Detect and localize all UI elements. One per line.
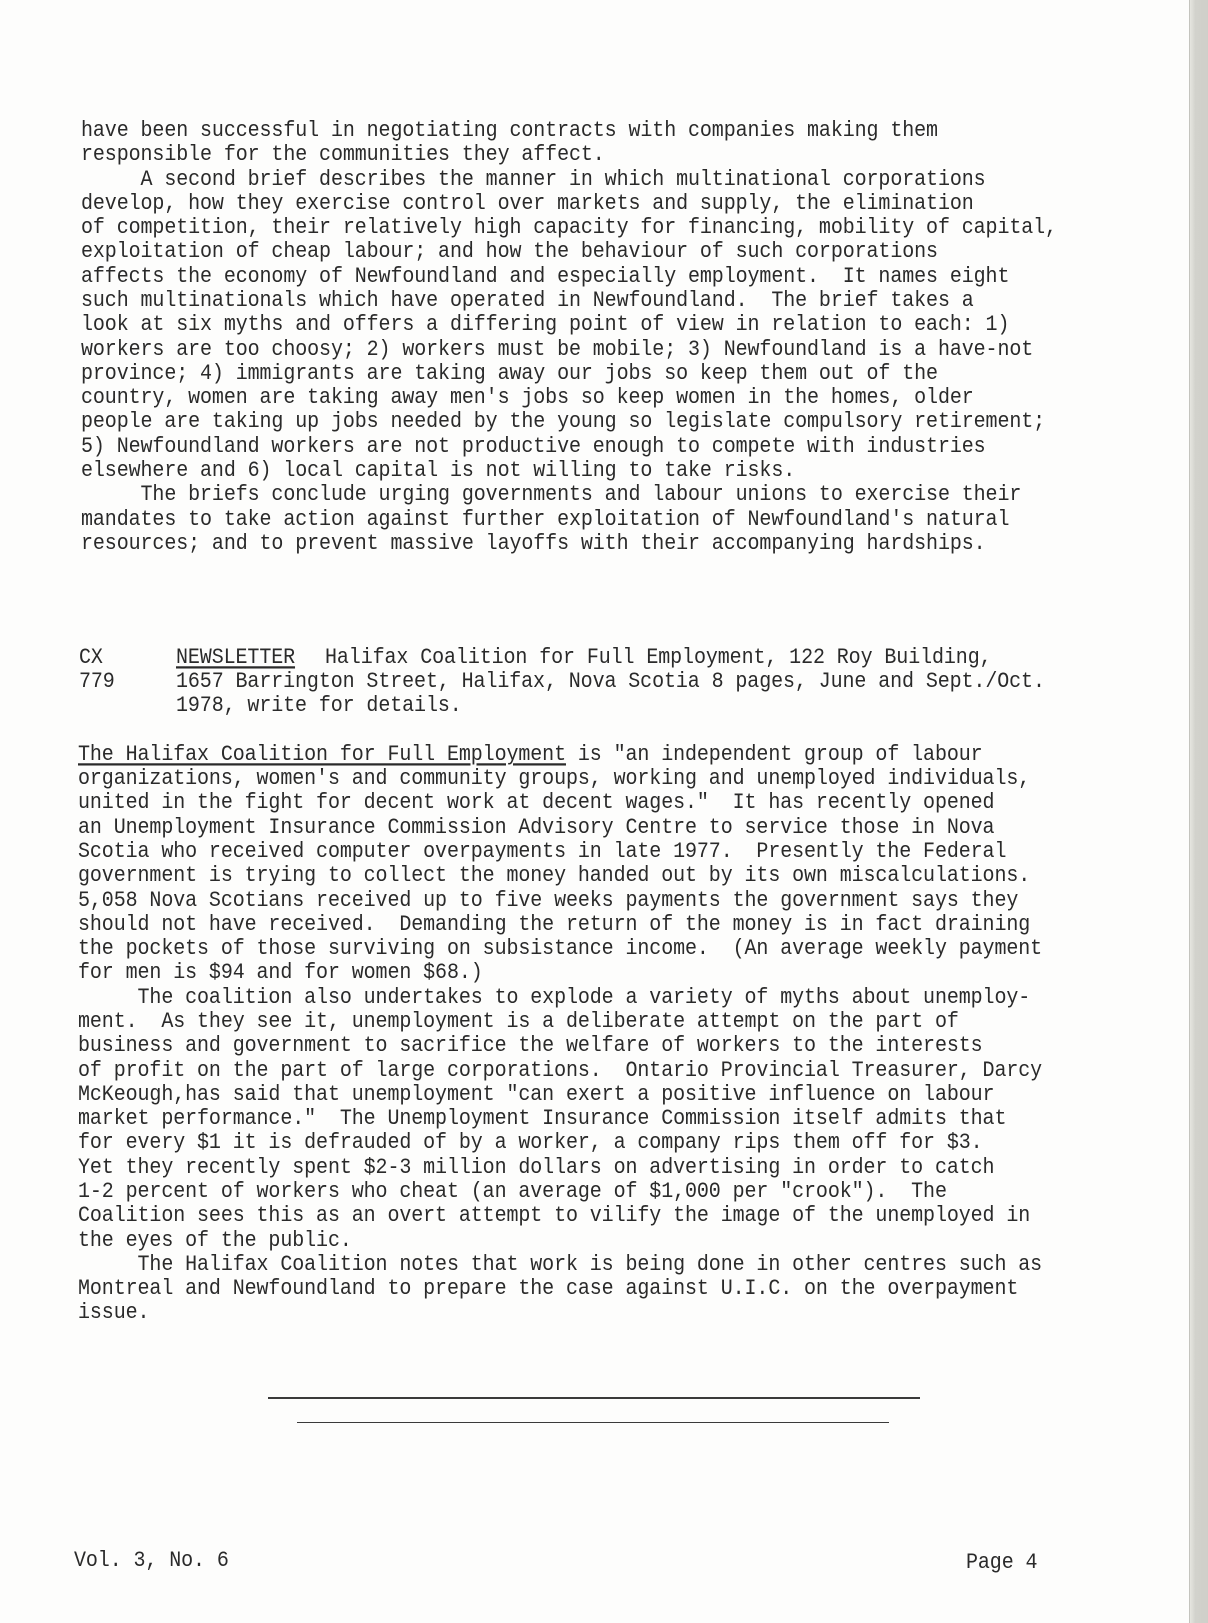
lead-rest: is "an independent group of labour — [566, 742, 983, 768]
entry-type-label: NEWSLETTER — [176, 645, 295, 672]
paragraph-line: Coalition sees this as an overt attempt … — [78, 1203, 1030, 1230]
paragraph-line: the eyes of the public. — [78, 1228, 352, 1255]
paragraph-line: province; 4) immigrants are taking away … — [81, 361, 938, 388]
paragraph-line: business and government to sacrifice the… — [78, 1033, 983, 1060]
volume-number: Vol. 3, No. 6 — [74, 1548, 229, 1575]
paragraph-lead-line: The Halifax Coalition for Full Employmen… — [78, 742, 983, 769]
paragraph-line: ment. As they see it, unemployment is a … — [78, 1009, 959, 1036]
paragraph-line: develop, how they exercise control over … — [81, 191, 974, 218]
paragraph-line: government is trying to collect the mone… — [78, 863, 1030, 890]
paragraph-line: A second brief describes the manner in w… — [81, 167, 986, 194]
paragraph-line: Yet they recently spent $2-3 million dol… — [78, 1155, 994, 1182]
paragraph-line: market performance." The Unemployment In… — [78, 1106, 1006, 1133]
paragraph-line: workers are too choosy; 2) workers must … — [81, 337, 1033, 364]
paragraph-line: the pockets of those surviving on subsis… — [78, 936, 1042, 963]
paragraph-line: The coalition also undertakes to explode… — [78, 985, 1030, 1012]
paragraph-line: affects the economy of Newfoundland and … — [81, 264, 1009, 291]
paragraph-line: of profit on the part of large corporati… — [78, 1058, 1042, 1085]
paragraph-line: elsewhere and 6) local capital is not wi… — [81, 458, 795, 485]
entry-citation-line: Halifax Coalition for Full Employment, 1… — [325, 645, 992, 672]
page-number: Page 4 — [966, 1550, 1037, 1577]
entry-code-prefix: CX — [79, 645, 103, 672]
paragraph-line: Scotia who received computer overpayment… — [78, 839, 1006, 866]
paragraph-line: organizations, women's and community gro… — [78, 766, 1030, 793]
paragraph-line: people are taking up jobs needed by the … — [81, 409, 1045, 436]
paragraph-line: an Unemployment Insurance Commission Adv… — [78, 815, 994, 842]
entry-citation-line: 1978, write for details. — [176, 693, 462, 720]
paragraph-line: have been successful in negotiating cont… — [81, 118, 938, 145]
paragraph-line: 5) Newfoundland workers are not producti… — [81, 434, 986, 461]
entry-code-number: 779 — [79, 669, 115, 696]
paragraph-line: The briefs conclude urging governments a… — [81, 482, 1021, 509]
paragraph-line: issue. — [78, 1300, 149, 1327]
entry-citation-line: 1657 Barrington Street, Halifax, Nova Sc… — [176, 669, 1045, 696]
paragraph-line: Montreal and Newfoundland to prepare the… — [78, 1276, 1018, 1303]
paragraph-line: such multinationals which have operated … — [81, 288, 974, 315]
paragraph-line: 1-2 percent of workers who cheat (an ave… — [78, 1179, 947, 1206]
separator-rule-top — [268, 1397, 920, 1399]
paragraph-line: look at six myths and offers a differing… — [81, 312, 1009, 339]
paragraph-line: resources; and to prevent massive layoff… — [81, 531, 986, 558]
paragraph-line: 5,058 Nova Scotians received up to five … — [78, 888, 1018, 915]
paragraph-line: McKeough,has said that unemployment "can… — [78, 1082, 994, 1109]
organization-name: The Halifax Coalition for Full Employmen… — [78, 742, 566, 768]
paragraph-line: united in the fight for decent work at d… — [78, 790, 994, 817]
paragraph-line: country, women are taking away men's job… — [81, 385, 974, 412]
paragraph-line: of competition, their relatively high ca… — [81, 215, 1057, 242]
paragraph-line: The Halifax Coalition notes that work is… — [78, 1252, 1042, 1279]
paragraph-line: for men is $94 and for women $68.) — [78, 960, 483, 987]
separator-rule-bottom — [297, 1422, 889, 1423]
page-edge-shadow — [1189, 0, 1208, 1623]
paragraph-line: mandates to take action against further … — [81, 507, 1009, 534]
paragraph-line: for every $1 it is defrauded of by a wor… — [78, 1130, 983, 1157]
paragraph-line: should not have received. Demanding the … — [78, 912, 1030, 939]
paragraph-line: exploitation of cheap labour; and how th… — [81, 239, 938, 266]
paragraph-line: responsible for the communities they aff… — [81, 142, 605, 169]
